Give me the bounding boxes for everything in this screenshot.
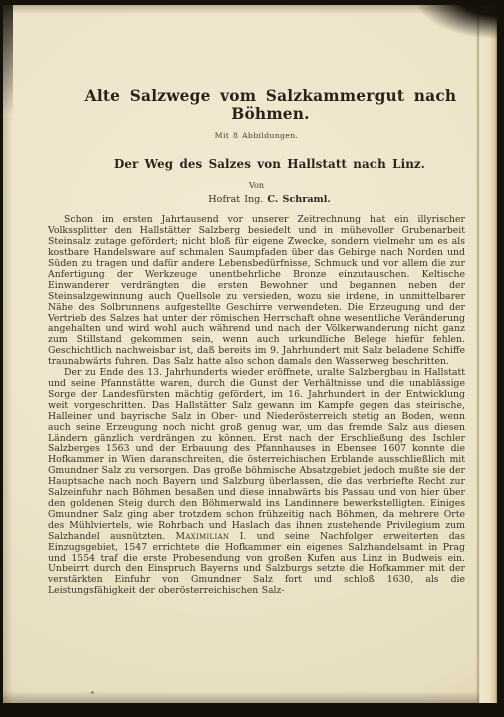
scanned-book-page: Alte Salzwege vom Salzkammergut nach Böh… — [3, 5, 497, 703]
paragraph-text: Der zu Ende des 13. Jahrhunderts wieder … — [48, 367, 465, 542]
paragraph-text: Schon im ersten Jahrtausend vor unserer … — [48, 214, 465, 367]
author-line: Hofrat Ing.C. Schraml. — [61, 194, 478, 205]
paragraph: Der zu Ende des 13. Jahrhunderts wieder … — [48, 368, 465, 597]
article-title: Alte Salzwege vom Salzkammergut nach Böh… — [62, 88, 479, 123]
section-title: Der Weg des Salzes von Hallstatt nach Li… — [61, 157, 478, 171]
under-page-edge — [480, 5, 497, 703]
byline-label: Von — [48, 181, 465, 190]
page-content: Alte Salzwege vom Salzkammergut nach Böh… — [48, 5, 465, 703]
top-left-scan-shadow — [3, 5, 13, 125]
article-subtitle: Mit 8 Abbildungen. — [48, 131, 465, 140]
author-name: C. Schraml. — [267, 194, 330, 205]
paragraph: Schon im ersten Jahrtausend vor unserer … — [48, 215, 465, 368]
article-body: Schon im ersten Jahrtausend vor unserer … — [48, 215, 465, 597]
smallcaps-name: Maximilian — [176, 531, 230, 542]
author-title: Hofrat Ing. — [208, 194, 263, 205]
